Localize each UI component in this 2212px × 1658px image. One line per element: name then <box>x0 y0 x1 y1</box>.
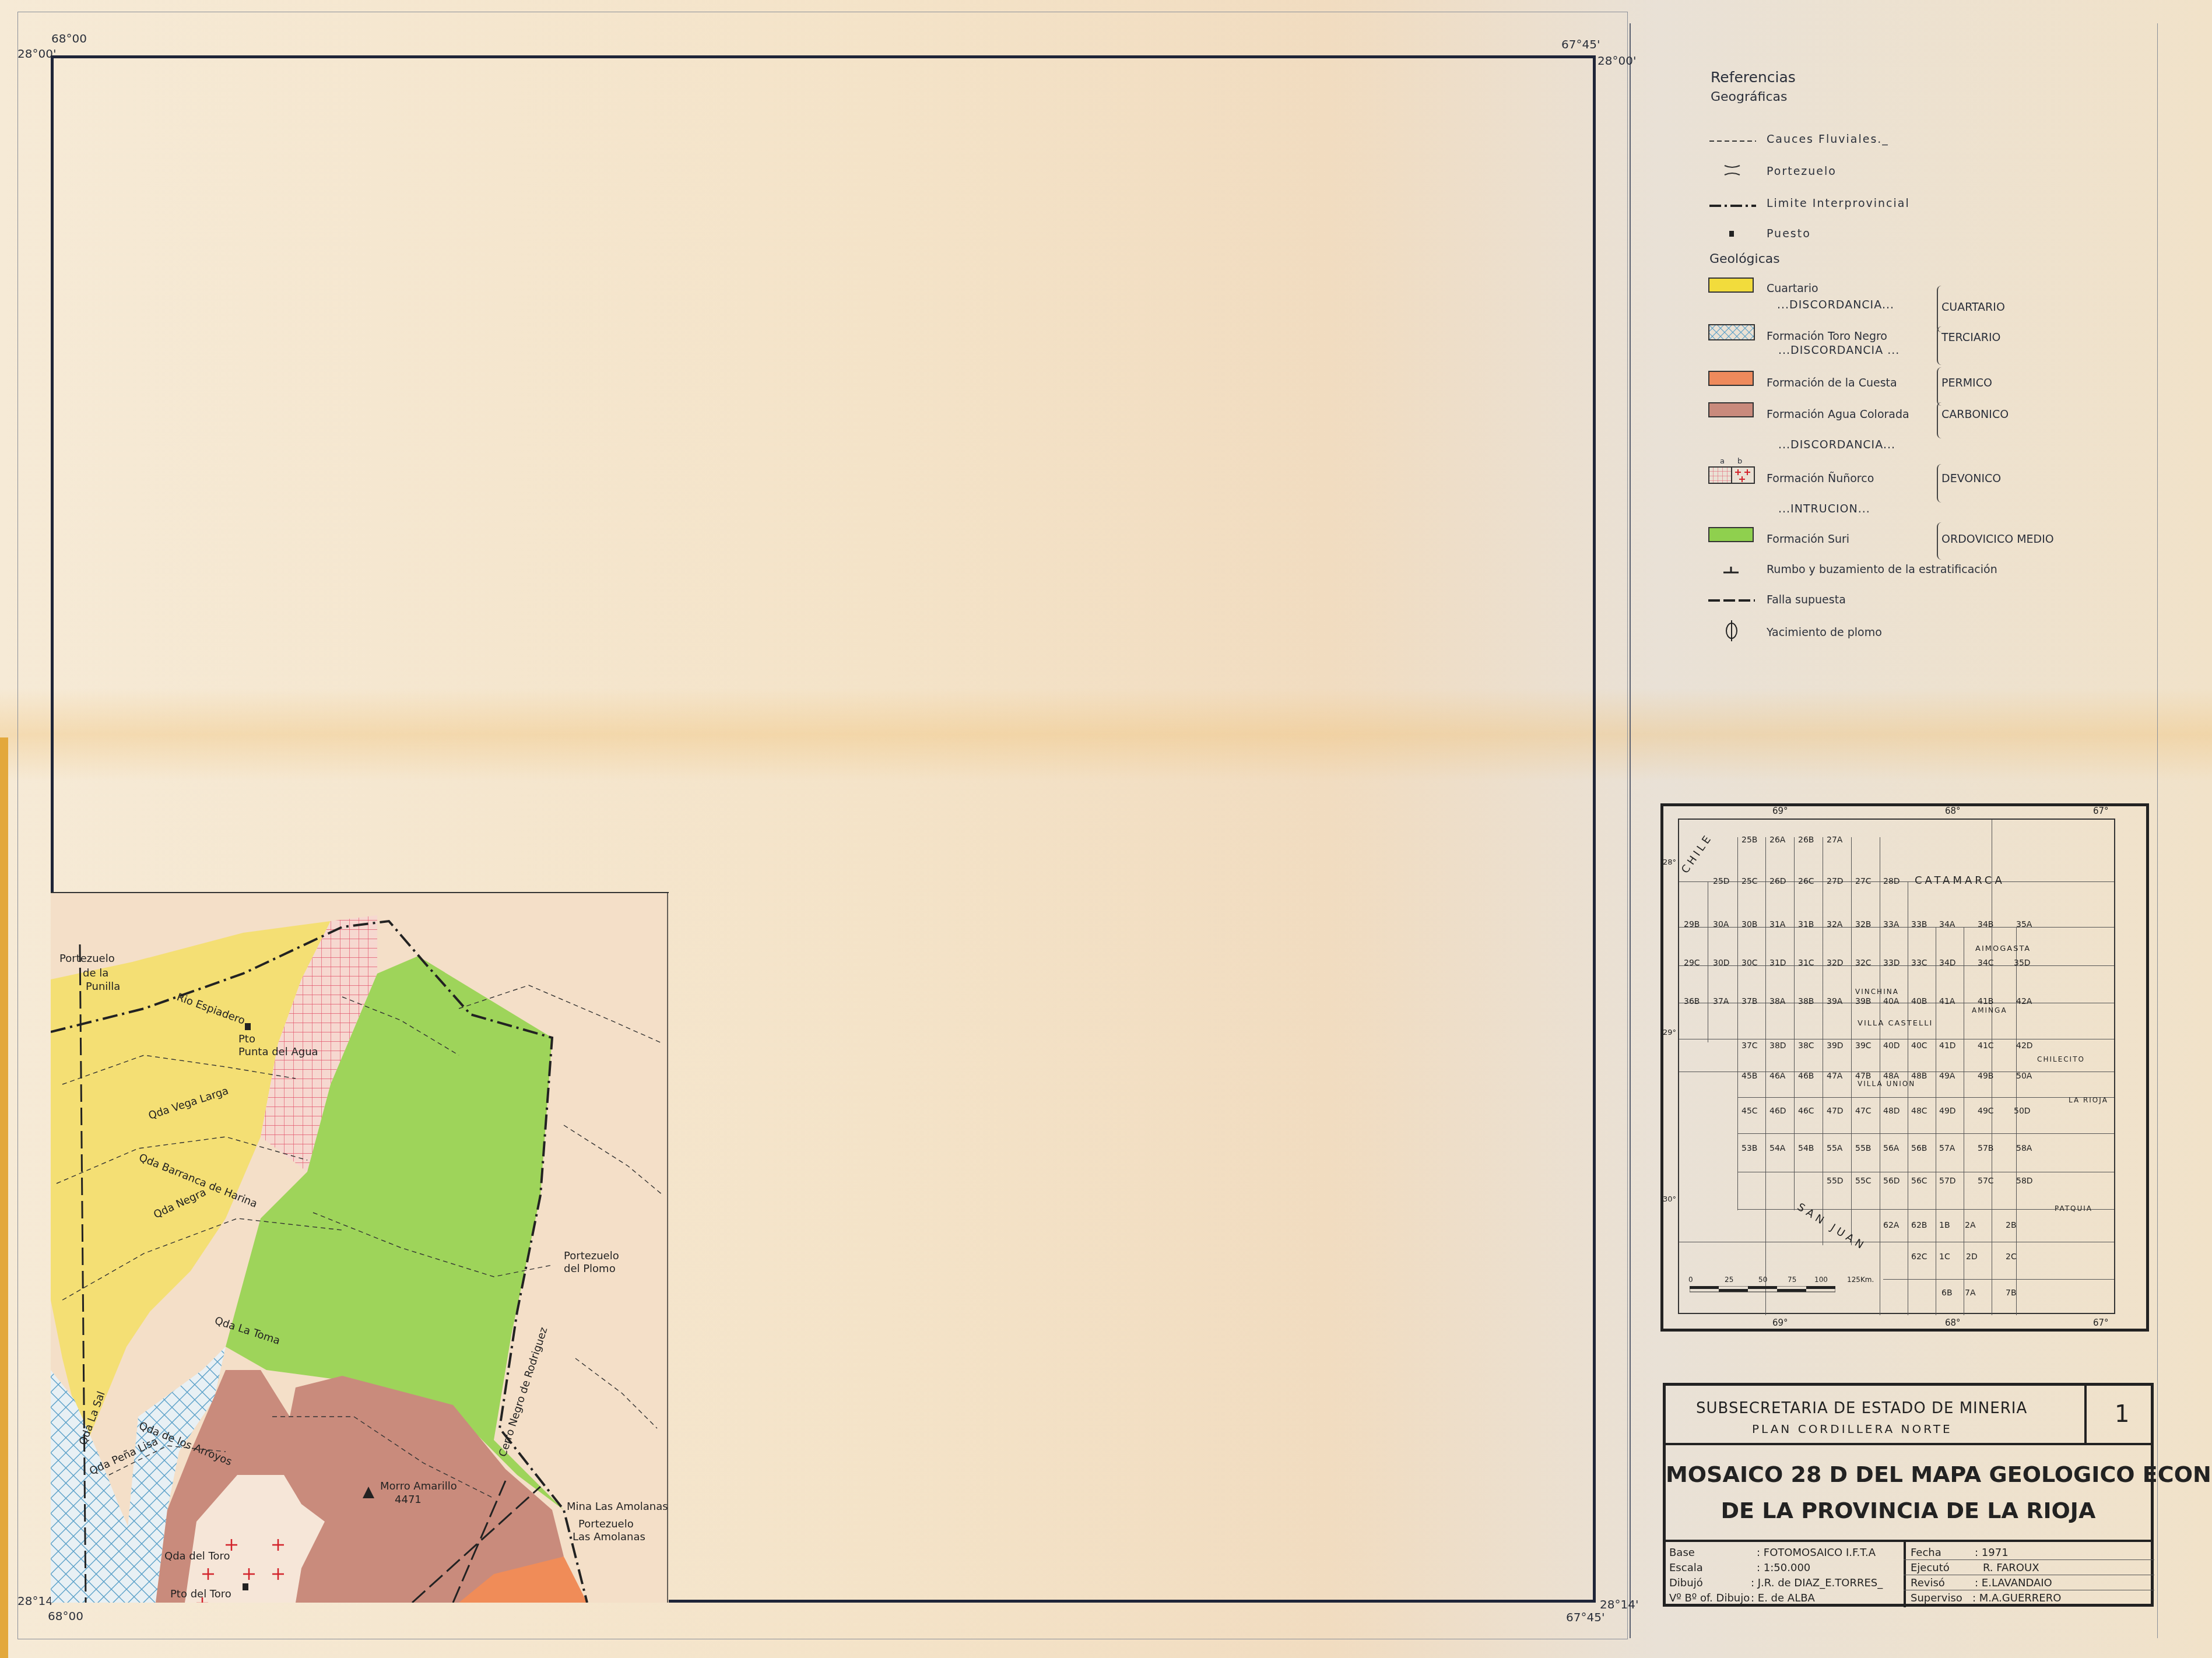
sheet-56B[interactable]: 56B <box>1911 1144 1927 1153</box>
sheet-62C[interactable]: 62C <box>1911 1252 1927 1262</box>
field-value-dibujo: : J.R. de DIAZ_E.TORRES_ <box>1751 1577 1883 1589</box>
sheet-37B[interactable]: 37B <box>1741 997 1757 1006</box>
scale-tick: 75 <box>1788 1276 1796 1284</box>
title-block: SUBSECRETARIA DE ESTADO DE MINERIA PLAN … <box>1663 1383 2154 1607</box>
field-value-base: : FOTOMOSAICO I.F.T.A <box>1757 1547 1876 1559</box>
sheet-36B[interactable]: 36B <box>1684 997 1700 1006</box>
sheet-56D[interactable]: 56D <box>1883 1176 1900 1186</box>
svg-text:Mina Las Amolanas: Mina Las Amolanas <box>567 1501 668 1513</box>
town-villa-castelli: VILLA CASTELLI <box>1858 1019 1933 1028</box>
sheet-7B[interactable]: 7B <box>2006 1288 2017 1298</box>
field-label: Escala <box>1669 1562 1703 1574</box>
svg-text:Punta del Agua: Punta del Agua <box>238 1046 318 1058</box>
sheet-2A[interactable]: 2A <box>1965 1221 1975 1230</box>
sheet-40C[interactable]: 40C <box>1911 1041 1927 1051</box>
sheet-55B[interactable]: 55B <box>1855 1144 1871 1153</box>
legend-item-puesto: Puesto <box>1767 227 1811 240</box>
title-block-header: SUBSECRETARIA DE ESTADO DE MINERIA PLAN … <box>1666 1386 2151 1445</box>
sheet-26B[interactable]: 26B <box>1798 835 1814 845</box>
sheet-1C[interactable]: 1C <box>1939 1252 1950 1262</box>
sheet-33B[interactable]: 33B <box>1911 920 1927 929</box>
sheet-37C[interactable]: 37C <box>1741 1041 1758 1051</box>
sheet-25B[interactable]: 25B <box>1741 835 1757 845</box>
sheet-2B[interactable]: 2B <box>2006 1221 2017 1230</box>
index-map <box>1678 819 2115 1314</box>
field-label: Fecha <box>1911 1547 1941 1559</box>
field-label: Vº Bº of. Dibujo <box>1669 1592 1750 1604</box>
coord-bottom-right-lat: 28°14' <box>1600 1597 1638 1611</box>
sheet-57D[interactable]: 57D <box>1939 1176 1956 1186</box>
stream-line-icon <box>1709 138 1756 145</box>
sheet-32A[interactable]: 32A <box>1827 920 1842 929</box>
sheet-50D[interactable]: 50D <box>2014 1106 2031 1116</box>
strike-dip-icon <box>1722 564 1740 574</box>
sheet-48C[interactable]: 48C <box>1911 1106 1927 1116</box>
legend-yacimiento: Yacimiento de plomo <box>1767 626 1882 639</box>
legend-geograficas-title: Geográficas <box>1711 90 1787 104</box>
sheet-30A[interactable]: 30A <box>1713 920 1729 929</box>
sheet-41B[interactable]: 41B <box>1978 997 1993 1006</box>
svg-text:Portezuelo: Portezuelo <box>564 1250 619 1262</box>
panel-divider-right <box>2157 23 2158 1638</box>
svg-text:Qda del Toro: Qda del Toro <box>164 1550 230 1562</box>
field-label: Ejecutó <box>1911 1562 1950 1574</box>
svg-text:Las Amolanas: Las Amolanas <box>573 1531 645 1543</box>
sheet-49B[interactable]: 49B <box>1978 1072 1993 1081</box>
sheet-48D[interactable]: 48D <box>1883 1106 1900 1116</box>
sheet-29B[interactable]: 29B <box>1684 920 1700 929</box>
sheet-30B[interactable]: 30B <box>1741 920 1757 929</box>
sheet-28D[interactable]: 28D <box>1883 877 1900 886</box>
sheet-54B[interactable]: 54B <box>1798 1144 1814 1153</box>
coord-top-left-lon: 68°00 <box>51 31 87 45</box>
coord-top-right-lon: 67°45' <box>1561 37 1600 51</box>
svg-text:Morro Amarillo: Morro Amarillo <box>380 1480 457 1492</box>
svg-text:Punilla: Punilla <box>86 981 120 993</box>
sheet-49D[interactable]: 49D <box>1939 1106 1956 1116</box>
swatch-cuesta <box>1708 371 1754 386</box>
sheet-56A[interactable]: 56A <box>1883 1144 1899 1153</box>
legend-item-portezuelo: Portezuelo <box>1767 165 1837 178</box>
sheet-2D[interactable]: 2D <box>1966 1252 1978 1262</box>
sheet-40B[interactable]: 40B <box>1911 997 1927 1006</box>
sheet-49C[interactable]: 49C <box>1978 1106 1994 1116</box>
idx-lon-67-bottom: 67° <box>2093 1318 2109 1328</box>
sheet-38C[interactable]: 38C <box>1798 1041 1814 1051</box>
sheet-49A[interactable]: 49A <box>1939 1072 1955 1081</box>
legend-item-limite: Limite Interprovincial <box>1767 197 1910 210</box>
sheet-32C[interactable]: 32C <box>1855 958 1872 968</box>
sheet-25D[interactable]: 25D <box>1713 877 1730 886</box>
legend-rumbo: Rumbo y buzamiento de la estratificación <box>1767 563 1997 576</box>
legend-toro-negro: Formación Toro Negro <box>1767 330 1887 343</box>
sheet-42A[interactable]: 42A <box>2016 997 2032 1006</box>
sheet-56C[interactable]: 56C <box>1911 1176 1927 1186</box>
boundary-line-icon <box>1709 203 1756 209</box>
sheet-number: 1 <box>2115 1401 2129 1428</box>
portezuelo-icon <box>1723 163 1741 177</box>
sheet-34B[interactable]: 34B <box>1978 920 1993 929</box>
plan-name: PLAN CORDILLERA NORTE <box>1752 1422 1953 1436</box>
sheet-45B[interactable]: 45B <box>1741 1072 1757 1081</box>
sheet-6B[interactable]: 6B <box>1941 1288 1953 1298</box>
panel-divider <box>1630 23 1631 1638</box>
sheet-38A[interactable]: 38A <box>1769 997 1785 1006</box>
field-value-escala: : 1:50.000 <box>1757 1562 1810 1574</box>
town-patquia: PATQUIA <box>2055 1204 2092 1213</box>
sheet-41A[interactable]: 41A <box>1939 997 1955 1006</box>
legend-agua-colorada: Formación Agua Colorada <box>1767 408 1909 421</box>
period-cuartario: CUARTARIO <box>1941 301 2005 314</box>
field-value-reviso: : E.LAVANDAIO <box>1975 1577 2052 1589</box>
period-terciario: TERCIARIO <box>1941 331 2001 344</box>
period-carbonico: CARBONICO <box>1941 408 2009 421</box>
map-title-line2: DE LA PROVINCIA DE LA RIOJA <box>1666 1498 2151 1523</box>
coord-bottom-right-lon: 67°45' <box>1566 1610 1604 1624</box>
sheet-40A[interactable]: 40A <box>1883 997 1899 1006</box>
swatch-nunorco-a-label: a <box>1720 457 1726 466</box>
sheet-33A[interactable]: 33A <box>1883 920 1899 929</box>
field-label: Dibujó <box>1669 1577 1703 1589</box>
legend-cuesta: Formación de la Cuesta <box>1767 377 1897 389</box>
idx-lon-68-bottom: 68° <box>1945 1318 1961 1328</box>
sheet-26A[interactable]: 26A <box>1769 835 1785 845</box>
svg-text:de la: de la <box>83 967 108 979</box>
legend-title: Referencias <box>1711 69 1796 86</box>
legend-suri: Formación Suri <box>1767 533 1849 546</box>
sheet-47D[interactable]: 47D <box>1827 1106 1844 1116</box>
sheet-35A[interactable]: 35A <box>2016 920 2032 929</box>
town-aminga: AMINGA <box>1972 1006 2007 1014</box>
sheet-42D[interactable]: 42D <box>2016 1041 2033 1051</box>
swatch-nunorco <box>1708 466 1755 484</box>
legend-geologicas-title: Geológicas <box>1709 252 1780 266</box>
idx-lat-29: 29° <box>1663 1028 1676 1037</box>
town-chilecito: CHILECITO <box>2037 1055 2085 1063</box>
scale-tick: 50 <box>1758 1276 1767 1284</box>
coord-top-right-lat: 28°00' <box>1597 54 1636 68</box>
sheet-27C[interactable]: 27C <box>1855 877 1872 886</box>
sheet-32B[interactable]: 32B <box>1855 920 1871 929</box>
legend-nunorco: Formación Ñuñorco <box>1767 472 1874 485</box>
sheet-47A[interactable]: 47A <box>1827 1072 1842 1081</box>
sheet-46C[interactable]: 46C <box>1798 1106 1814 1116</box>
sheet-41D[interactable]: 41D <box>1939 1041 1956 1051</box>
swatch-agua-colorada <box>1708 402 1754 417</box>
field-value-fecha: : 1971 <box>1975 1547 2009 1559</box>
sheet-27D[interactable]: 27D <box>1827 877 1844 886</box>
svg-text:Portezuelo: Portezuelo <box>578 1518 634 1530</box>
legend-intrucion: ...INTRUCION... <box>1778 503 1870 515</box>
svg-text:Portezuelo: Portezuelo <box>59 953 115 965</box>
sheet-54A[interactable]: 54A <box>1769 1144 1785 1153</box>
sheet-46B[interactable]: 46B <box>1798 1072 1814 1081</box>
idx-lon-69-bottom: 69° <box>1772 1318 1788 1328</box>
sheet-26C[interactable]: 26C <box>1798 877 1814 886</box>
sheet-45C[interactable]: 45C <box>1741 1106 1758 1116</box>
title-block-title: MOSAICO 28 D DEL MAPA GEOLOGICO ECONOMIC… <box>1666 1445 2151 1542</box>
legend-cuartario: Cuartario <box>1767 282 1818 295</box>
swatch-suri <box>1708 527 1754 542</box>
puesto-icon <box>1729 231 1734 237</box>
sheet-34A[interactable]: 34A <box>1939 920 1955 929</box>
sheet-26D[interactable]: 26D <box>1769 877 1786 886</box>
sheet-57B[interactable]: 57B <box>1978 1144 1993 1153</box>
idx-lon-69: 69° <box>1772 806 1788 816</box>
svg-text:4471: 4471 <box>395 1494 422 1506</box>
svg-text:del Plomo: del Plomo <box>564 1263 616 1275</box>
region-catamarca: CATAMARCA <box>1915 874 2005 887</box>
sheet-62B[interactable]: 62B <box>1911 1221 1927 1230</box>
sheet-57C[interactable]: 57C <box>1978 1176 1994 1186</box>
swatch-cuartario <box>1708 277 1754 293</box>
sheet-55C[interactable]: 55C <box>1855 1176 1872 1186</box>
sheet-39D[interactable]: 39D <box>1827 1041 1844 1051</box>
sheet-39B[interactable]: 39B <box>1855 997 1871 1006</box>
scale-tick: 25 <box>1725 1276 1733 1284</box>
period-devonico: DEVONICO <box>1941 472 2001 485</box>
legend-falla: Falla supuesta <box>1767 593 1846 606</box>
coord-bottom-left-lon: 68°00 <box>48 1609 83 1623</box>
sheet-31C[interactable]: 31C <box>1798 958 1814 968</box>
sheet-55D[interactable]: 55D <box>1827 1176 1844 1186</box>
swatch-toro-negro <box>1708 324 1755 340</box>
coord-top-left-lat: 28°00' <box>17 47 56 61</box>
sheet-33D[interactable]: 33D <box>1883 958 1900 968</box>
sheet-31D[interactable]: 31D <box>1769 958 1786 968</box>
sheet-34C[interactable]: 34C <box>1978 958 1994 968</box>
period-ordovicico: ORDOVICICO MEDIO <box>1941 533 2054 546</box>
scale-tick: 125Km. <box>1847 1276 1874 1284</box>
sheet-41C[interactable]: 41C <box>1978 1041 1994 1051</box>
sheet-1B[interactable]: 1B <box>1939 1221 1950 1230</box>
legend-discordancia-3: ...DISCORDANCIA... <box>1778 438 1895 451</box>
sheet-46A[interactable]: 46A <box>1769 1072 1785 1081</box>
sheet-50A[interactable]: 50A <box>2016 1072 2032 1081</box>
legend-discordancia-2: ...DISCORDANCIA ... <box>1778 344 1899 357</box>
agency-name: SUBSECRETARIA DE ESTADO DE MINERIA <box>1696 1400 2027 1417</box>
town-villa-union: VILLA UNION <box>1858 1080 1915 1088</box>
sheet-40D[interactable]: 40D <box>1883 1041 1900 1051</box>
sheet-30D[interactable]: 30D <box>1713 958 1730 968</box>
sheet-46D[interactable]: 46D <box>1769 1106 1786 1116</box>
sheet-62A[interactable]: 62A <box>1883 1221 1899 1230</box>
sheet-30C[interactable]: 30C <box>1741 958 1758 968</box>
scale-tick: 100 <box>1814 1276 1828 1284</box>
sheet-35D[interactable]: 35D <box>2014 958 2031 968</box>
sheet-39C[interactable]: 39C <box>1855 1041 1872 1051</box>
sheet-39A[interactable]: 39A <box>1827 997 1842 1006</box>
sheet-31B[interactable]: 31B <box>1798 920 1814 929</box>
sheet-25C[interactable]: 25C <box>1741 877 1758 886</box>
scale-tick: 0 <box>1688 1276 1693 1284</box>
sheet-53B[interactable]: 53B <box>1741 1144 1757 1153</box>
field-value-ejecuto: R. FAROUX <box>1983 1562 2039 1574</box>
sheet-2C[interactable]: 2C <box>2006 1252 2017 1262</box>
town-aimogasta: AIMOGASTA <box>1975 944 2031 953</box>
svg-text:Pto: Pto <box>238 1033 255 1045</box>
field-value-vobo: : E. de ALBA <box>1751 1592 1815 1604</box>
sheet-33C[interactable]: 33C <box>1911 958 1927 968</box>
sheet-37A[interactable]: 37A <box>1713 997 1729 1006</box>
town-vinchina: VINCHINA <box>1855 988 1899 996</box>
field-label: Superviso <box>1911 1592 1962 1604</box>
sheet-29C[interactable]: 29C <box>1684 958 1700 968</box>
sheet-58D[interactable]: 58D <box>2016 1176 2033 1186</box>
field-label: Revisó <box>1911 1577 1945 1589</box>
sheet-47C[interactable]: 47C <box>1855 1106 1872 1116</box>
sheet-31A[interactable]: 31A <box>1769 920 1785 929</box>
sheet-57A[interactable]: 57A <box>1939 1144 1955 1153</box>
legend-item-cauces: Cauces Fluviales._ <box>1767 133 1889 146</box>
idx-lat-28: 28° <box>1663 858 1676 867</box>
idx-lon-68: 68° <box>1945 806 1961 816</box>
idx-lon-67: 67° <box>2093 806 2109 816</box>
sheet-38B[interactable]: 38B <box>1798 997 1814 1006</box>
legend-discordancia-1: ...DISCORDANCIA... <box>1777 298 1894 311</box>
field-label: Base <box>1669 1547 1695 1559</box>
period-permico: PERMICO <box>1941 377 1992 389</box>
map-title-line1: MOSAICO 28 D DEL MAPA GEOLOGICO ECONOMIC… <box>1666 1462 2151 1487</box>
svg-text:Pto del Toro: Pto del Toro <box>170 1588 231 1600</box>
sheet-55A[interactable]: 55A <box>1827 1144 1842 1153</box>
sheet-58A[interactable]: 58A <box>2016 1144 2032 1153</box>
lead-deposit-icon <box>1725 620 1739 641</box>
town-la-rioja: LA RIOJA <box>2069 1096 2108 1104</box>
swatch-nunorco-b-label: b <box>1737 457 1743 466</box>
sheet-38D[interactable]: 38D <box>1769 1041 1786 1051</box>
field-value-superviso: : M.A.GUERRERO <box>1972 1592 2061 1604</box>
sheet-34D[interactable]: 34D <box>1939 958 1956 968</box>
sheet-32D[interactable]: 32D <box>1827 958 1844 968</box>
idx-lat-30: 30° <box>1663 1195 1676 1204</box>
sheet-27A[interactable]: 27A <box>1827 835 1842 845</box>
sheet-7A[interactable]: 7A <box>1965 1288 1975 1298</box>
fault-line-icon <box>1708 598 1755 603</box>
tape-edge <box>0 737 8 1658</box>
geologic-map: Portezuelo de la Punilla Rio Espiadero P… <box>51 892 669 1603</box>
